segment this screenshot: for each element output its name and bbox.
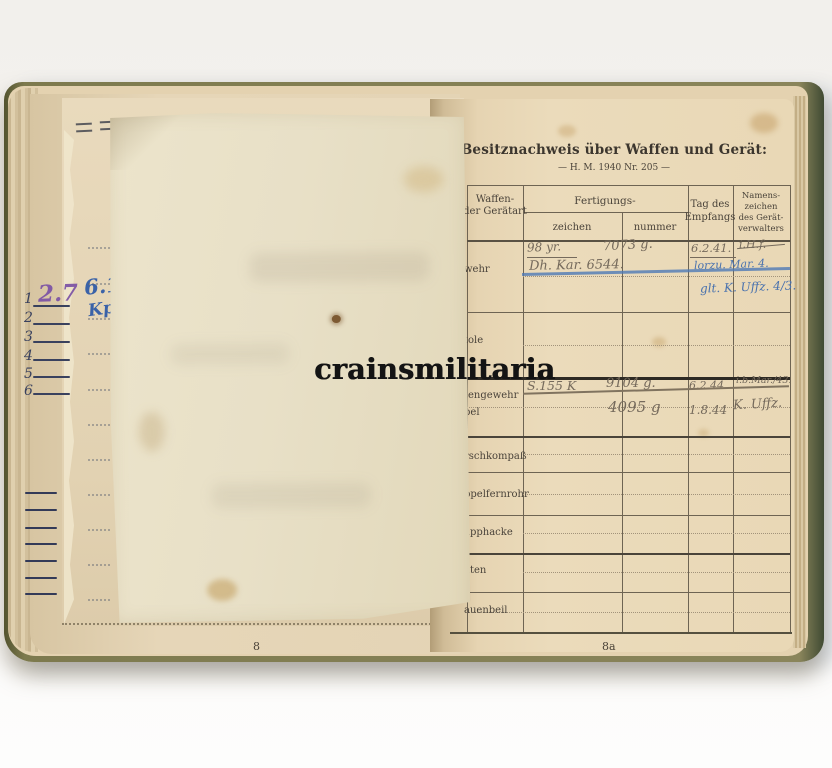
col-header-tag: Empfangs [685, 212, 736, 223]
table-rule [467, 472, 790, 473]
stain [558, 125, 576, 137]
perforation-line [62, 623, 467, 625]
table-rule [467, 312, 790, 313]
dotted-leader [88, 247, 110, 249]
dotted-leader [88, 283, 110, 285]
purple-stamp: 2.7 [38, 279, 79, 307]
dotted-leader [88, 599, 110, 601]
table-dotted-rule [523, 533, 790, 534]
margin-rule [25, 509, 57, 511]
entry-gewehr-name: i.H.f. [739, 238, 766, 251]
margin-rule [25, 492, 57, 494]
dotted-leader [88, 318, 110, 320]
col-header-nummer: nummer [634, 222, 677, 233]
left-page-number: 8 [253, 640, 260, 653]
table-rule [523, 185, 524, 632]
entry-sg-name2: K. Uffz. [733, 396, 783, 414]
margin-rule [33, 323, 70, 325]
margin-rule [25, 543, 57, 545]
dotted-leader [88, 389, 110, 391]
sheet-fold [108, 113, 190, 170]
col-header-namens: des Gerät- [739, 213, 784, 223]
margin-rule [33, 305, 70, 307]
margin-number: 4 [24, 348, 33, 364]
row-label: tengewehr [464, 390, 518, 401]
right-page-number: 8a [602, 640, 616, 653]
margin-number: 6 [24, 383, 33, 399]
stain [750, 113, 778, 133]
margin-number: 5 [24, 366, 33, 382]
watermark: crainsmilitaria [314, 352, 555, 386]
col-header-item: der Gerätart [463, 206, 527, 217]
row-label: wehr [464, 264, 490, 275]
bleed-through [170, 342, 290, 365]
dotted-leader [88, 459, 110, 461]
table-dotted-rule [523, 345, 790, 346]
col-header-item: Waffen- [476, 194, 514, 205]
bleed-through [211, 482, 371, 509]
dotted-leader [88, 564, 110, 566]
col-header-namens: Namens- [742, 191, 780, 201]
col-header-zeichen: zeichen [553, 222, 592, 233]
margin-rule [25, 527, 57, 529]
page-title: Besitznachweis über Waffen und Gerät: [461, 142, 767, 158]
dotted-leader [88, 494, 110, 496]
entry-sg-name: i.b.Mar./43. [736, 375, 791, 386]
stain [403, 166, 443, 192]
dotted-leader [88, 353, 110, 355]
margin-number: 1 [24, 291, 33, 307]
dotted-leader [88, 529, 110, 531]
margin-rule [25, 560, 57, 562]
stain [332, 315, 341, 323]
entry-sg-tag2: 1.8.44 [689, 403, 727, 417]
table-rule [523, 212, 688, 213]
margin-number: 3 [24, 329, 33, 345]
col-header-fertigungs: Fertigungs- [574, 195, 635, 207]
entry-gewehr-nummer: 7073 g. [603, 237, 653, 255]
table-rule [467, 592, 790, 593]
entry-gewehr-tag: 6.2.41. [691, 241, 731, 255]
margin-rule [33, 376, 70, 378]
pen-dash-mark [76, 123, 92, 133]
table-dotted-rule [523, 494, 790, 495]
margin-rule [33, 359, 70, 361]
col-header-namens: verwalters [738, 224, 784, 234]
row-label: ppelfernrohr [464, 489, 529, 500]
table-rule [467, 436, 790, 438]
page-subtitle: — H. M. 1940 Nr. 205 — [558, 163, 670, 173]
row-label: auenbeil [464, 605, 507, 616]
table-rule [467, 515, 790, 516]
entry-sg-nummer2: 4095 g [608, 398, 661, 416]
margin-rule [33, 341, 70, 343]
bleed-through [249, 251, 429, 283]
soldbuch-photo: 2.7 1 2 3 4 5 6 6.1 Kp. 8 Besitznachweis… [0, 0, 832, 768]
table-dotted-rule [523, 454, 790, 455]
col-header-namens: zeichen [745, 202, 778, 212]
table-rule [467, 553, 790, 555]
table-rule [450, 632, 792, 634]
entry-sg-tag: 6.2.44. [689, 379, 727, 392]
margin-rule [25, 577, 57, 579]
table-rule [467, 185, 790, 186]
table-dotted-rule [523, 276, 790, 277]
table-dotted-rule [467, 612, 790, 613]
dotted-leader [88, 424, 110, 426]
table-rule [622, 212, 623, 632]
margin-rule [25, 593, 57, 595]
margin-rule [33, 393, 70, 395]
margin-number: 2 [24, 310, 33, 326]
stain [207, 579, 237, 601]
col-header-tag: Tag des [691, 199, 730, 210]
right-page-edges [793, 96, 806, 648]
table-rule [790, 185, 791, 632]
row-label: rschkompaß [464, 451, 527, 462]
row-label: apphacke [464, 527, 513, 538]
stain [139, 412, 165, 452]
table-dotted-rule [523, 572, 790, 573]
entry-gewehr-zeichen: 98 yr. [527, 239, 562, 254]
